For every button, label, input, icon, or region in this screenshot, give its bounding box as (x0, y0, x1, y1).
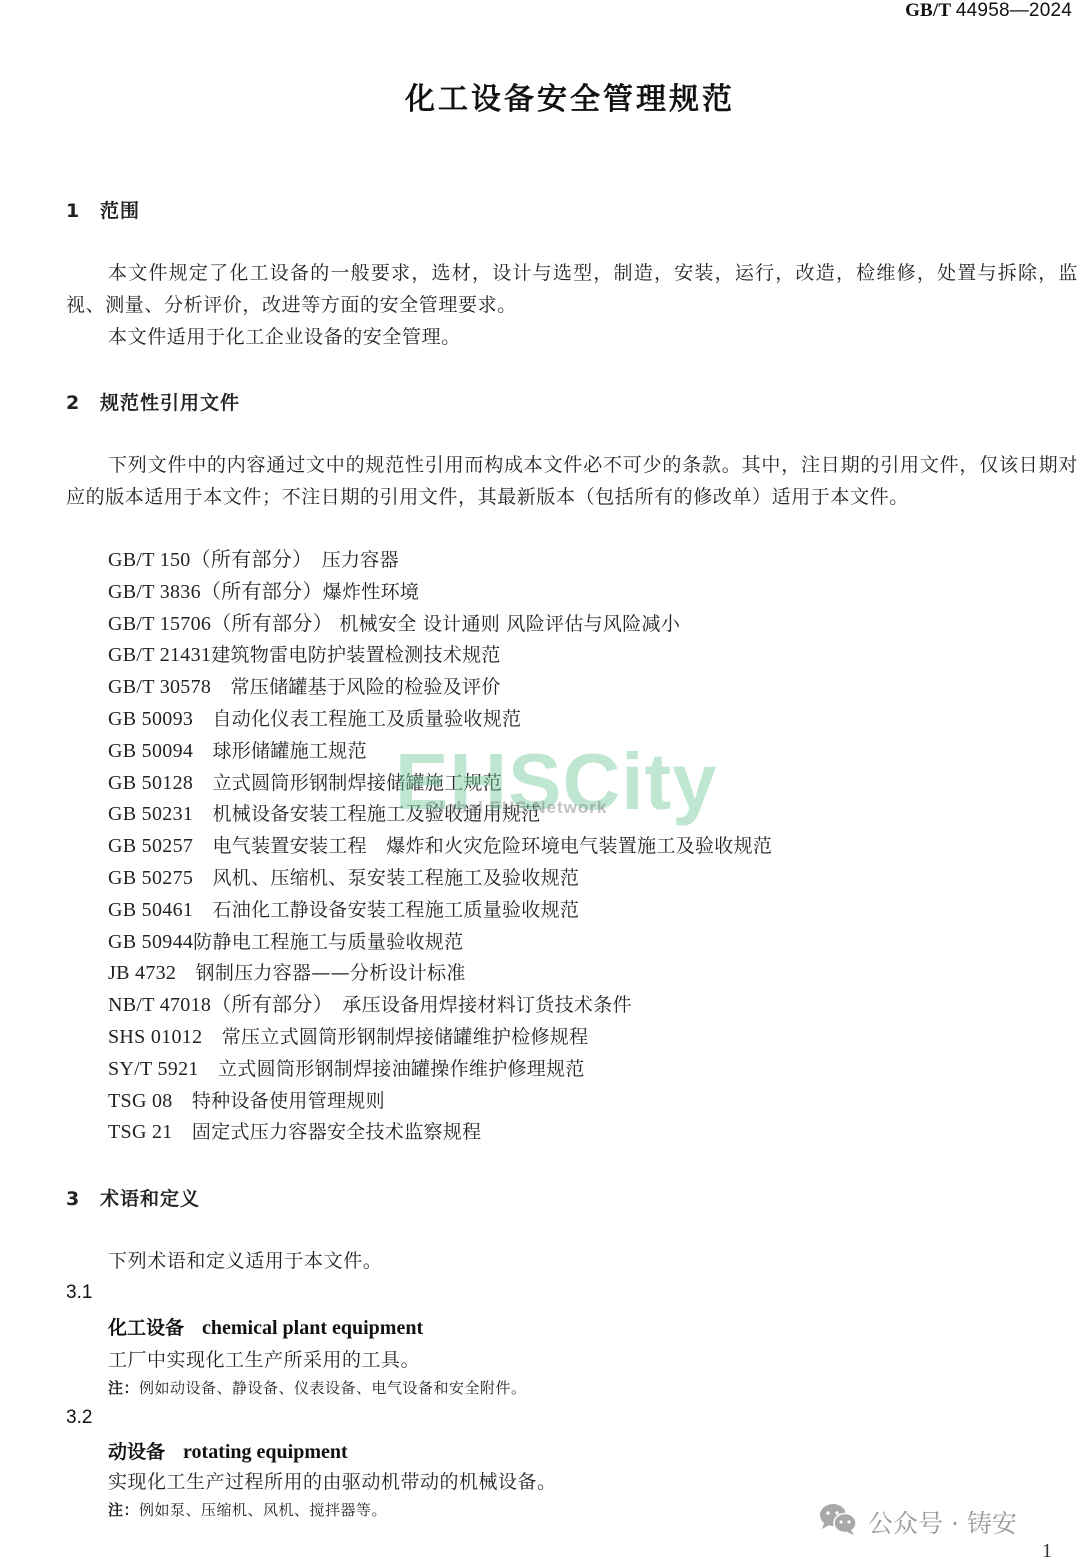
term-zh: 动设备 (108, 1441, 165, 1463)
note-text: 例如泵、压缩机、风机、搅拌器等。 (139, 1501, 387, 1519)
reference-title: 立式圆筒形钢制焊接油罐操作维护修理规范 (199, 1058, 585, 1080)
reference-title: 球形储罐施工规范 (193, 740, 367, 762)
reference-code: GB 50275 (108, 867, 193, 889)
section-number: 1 (66, 200, 100, 222)
reference-code: GB 50461 (108, 899, 193, 921)
reference-code: GB 50257 (108, 835, 193, 857)
terms-intro: 下列术语和定义适用于本文件。 (66, 1245, 1078, 1277)
reference-code: GB/T 30578 (108, 676, 211, 698)
note-text: 例如动设备、静设备、仪表设备、电气设备和安全附件。 (139, 1379, 527, 1397)
reference-code: SY/T 5921 (108, 1058, 199, 1080)
reference-code: GB 50944 (108, 931, 193, 953)
term-definition: 工厂中实现化工生产所采用的工具。 (108, 1345, 420, 1372)
term-en: rotating equipment (183, 1441, 348, 1463)
reference-code: SHS 01012 (108, 1026, 202, 1048)
reference-item: NB/T 47018（所有部分） 承压设备用焊接材料订货技术条件 (108, 990, 772, 1022)
reference-item: SHS 01012 常压立式圆筒形钢制焊接储罐维护检修规程 (108, 1022, 772, 1054)
term-zh: 化工设备 (108, 1317, 184, 1339)
document-title: 化工设备安全管理规范 (0, 74, 1080, 118)
reference-item: JB 4732 钢制压力容器——分析设计标准 (108, 958, 772, 990)
note-label: 注： (108, 1501, 139, 1519)
reference-item: GB 50128 立式圆筒形钢制焊接储罐施工规范 (108, 768, 772, 800)
reference-item: SY/T 5921 立式圆筒形钢制焊接油罐操作维护修理规范 (108, 1054, 772, 1086)
reference-title: 自动化仪表工程施工及质量验收规范 (193, 708, 521, 730)
wechat-icon (818, 1502, 868, 1542)
reference-code: JB 4732 (108, 962, 176, 984)
reference-item: GB 50093 自动化仪表工程施工及质量验收规范 (108, 704, 772, 736)
reference-code: GB 50128 (108, 772, 193, 794)
page-number: 1 (1042, 1540, 1052, 1563)
term-note: 注：例如动设备、静设备、仪表设备、电气设备和安全附件。 (108, 1377, 527, 1398)
term-heading: 动设备rotating equipment (108, 1437, 348, 1464)
standard-prefix: GB/T (905, 0, 951, 21)
wechat-source-badge: 公众号 · 铸安 (818, 1502, 1017, 1542)
reference-code: GB/T 150（所有部分） (108, 549, 302, 571)
reference-code: NB/T 47018（所有部分） (108, 994, 323, 1016)
section-number: 2 (66, 392, 100, 414)
standard-number: 44958—2024 (956, 0, 1072, 21)
section-1-heading: 1范围 (66, 196, 140, 223)
reference-title: 石油化工静设备安装工程施工质量验收规范 (193, 899, 579, 921)
section-title: 规范性引用文件 (100, 392, 240, 414)
reference-item: GB/T 15706（所有部分） 机械安全 设计通则 风险评估与风险减小 (108, 609, 772, 641)
standard-code: GB/T 44958—2024 (905, 0, 1072, 22)
reference-title: 常压储罐基于风险的检验及评价 (211, 676, 501, 698)
reference-title: 常压立式圆筒形钢制焊接储罐维护检修规程 (202, 1026, 588, 1048)
reference-title: 建筑物雷电防护装置检测技术规范 (211, 644, 501, 666)
reference-item: GB 50275 风机、压缩机、泵安装工程施工及验收规范 (108, 863, 772, 895)
reference-title: 爆炸性环境 (323, 581, 420, 603)
reference-code: GB/T 3836（所有部分） (108, 581, 323, 603)
reference-item: GB/T 30578 常压储罐基于风险的检验及评价 (108, 672, 772, 704)
reference-code: GB 50093 (108, 708, 193, 730)
reference-item: GB 50944防静电工程施工与质量验收规范 (108, 927, 772, 959)
reference-code: GB/T 21431 (108, 644, 211, 666)
reference-item: GB/T 150（所有部分） 压力容器 (108, 545, 772, 577)
source-label: 公众号 · 铸安 (868, 1504, 1017, 1540)
section-title: 范围 (100, 200, 140, 222)
reference-title: 压力容器 (302, 549, 399, 571)
reference-code: GB 50094 (108, 740, 193, 762)
reference-title: 固定式压力容器安全技术监察规程 (173, 1121, 482, 1143)
reference-code: GB/T 15706（所有部分） (108, 613, 333, 635)
reference-code: TSG 21 (108, 1121, 173, 1143)
reference-title: 立式圆筒形钢制焊接储罐施工规范 (193, 772, 502, 794)
reference-item: GB/T 3836（所有部分）爆炸性环境 (108, 577, 772, 609)
reference-item: TSG 21 固定式压力容器安全技术监察规程 (108, 1117, 772, 1149)
section-2-heading: 2规范性引用文件 (66, 388, 240, 415)
normative-references-intro: 下列文件中的内容通过文中的规范性引用而构成本文件必不可少的条款。其中，注日期的引… (66, 449, 1078, 513)
scope-paragraph-1: 本文件规定了化工设备的一般要求，选材，设计与选型，制造，安装，运行，改造，检维修… (66, 257, 1078, 321)
reference-title: 防静电工程施工与质量验收规范 (193, 931, 463, 953)
note-label: 注： (108, 1379, 139, 1397)
reference-title: 机械安全 设计通则 风险评估与风险减小 (333, 613, 680, 635)
reference-code: TSG 08 (108, 1090, 173, 1112)
section-3-heading: 3术语和定义 (66, 1184, 200, 1211)
term-en: chemical plant equipment (202, 1317, 423, 1339)
reference-item: GB 50231 机械设备安装工程施工及验收通用规范 (108, 799, 772, 831)
scope-paragraph-2: 本文件适用于化工企业设备的安全管理。 (66, 321, 1078, 353)
term-number: 3.1 (66, 1282, 92, 1304)
reference-title: 风机、压缩机、泵安装工程施工及验收规范 (193, 867, 579, 889)
reference-item: GB 50094 球形储罐施工规范 (108, 736, 772, 768)
reference-title: 特种设备使用管理规则 (173, 1090, 385, 1112)
reference-title: 钢制压力容器——分析设计标准 (176, 962, 466, 984)
reference-list: GB/T 150（所有部分） 压力容器 GB/T 3836（所有部分）爆炸性环境… (108, 545, 772, 1149)
section-number: 3 (66, 1188, 100, 1210)
reference-item: GB 50257 电气装置安装工程 爆炸和火灾危险环境电气装置施工及验收规范 (108, 831, 772, 863)
term-definition: 实现化工生产过程所用的由驱动机带动的机械设备。 (108, 1467, 557, 1494)
reference-item: TSG 08 特种设备使用管理规则 (108, 1086, 772, 1118)
reference-item: GB 50461 石油化工静设备安装工程施工质量验收规范 (108, 895, 772, 927)
term-note: 注：例如泵、压缩机、风机、搅拌器等。 (108, 1499, 387, 1520)
section-title: 术语和定义 (100, 1188, 200, 1210)
reference-title: 电气装置安装工程 爆炸和火灾危险环境电气装置施工及验收规范 (193, 835, 772, 857)
reference-code: GB 50231 (108, 803, 193, 825)
reference-title: 承压设备用焊接材料订货技术条件 (323, 994, 632, 1016)
term-heading: 化工设备chemical plant equipment (108, 1313, 423, 1340)
term-number: 3.2 (66, 1407, 92, 1429)
reference-title: 机械设备安装工程施工及验收通用规范 (193, 803, 540, 825)
reference-item: GB/T 21431建筑物雷电防护装置检测技术规范 (108, 640, 772, 672)
